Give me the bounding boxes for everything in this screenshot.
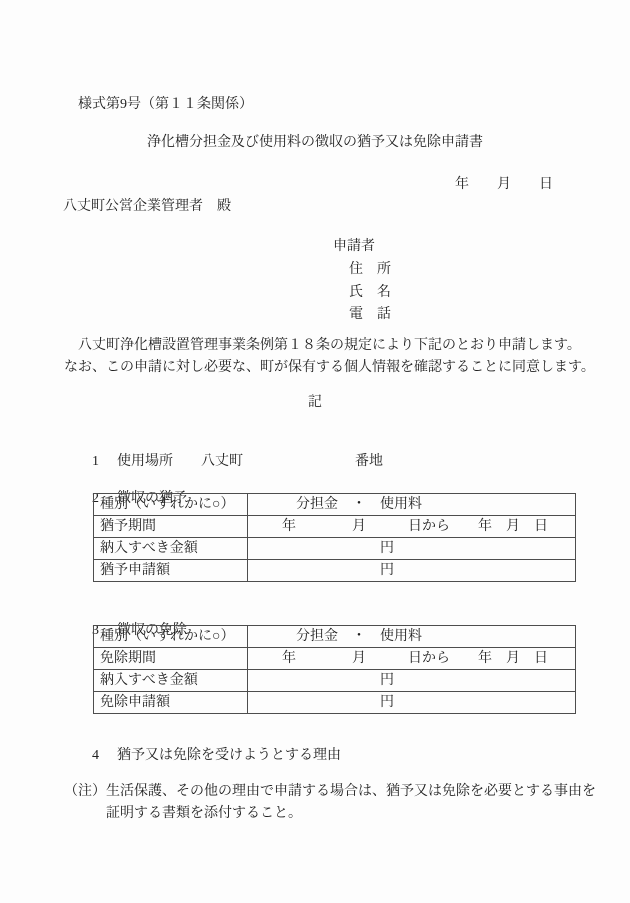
reason-heading: 4猶予又は免除を受けようとする理由 — [78, 732, 341, 780]
table-row: 猶予申請額 円 — [94, 560, 576, 582]
deferment-period-value: 年 月 日から 年 月 日 — [248, 516, 576, 538]
deferment-requested-amount-label: 猶予申請額 — [94, 560, 248, 582]
note-line2: 証明する書類を添付すること。 — [64, 806, 302, 822]
item4-title: 猶予又は免除を受けようとする理由 — [117, 748, 341, 763]
exemption-period-value: 年 月 日から 年 月 日 — [248, 648, 576, 670]
intro-paragraph-line1: 八丈町浄化槽設置管理事業条例第１８条の規定により下記のとおり申請します。 — [64, 338, 581, 354]
exemption-amount-due-value: 円 — [248, 670, 576, 692]
deferment-amount-due-value: 円 — [248, 538, 576, 560]
deferment-type-label: 種別（いずれかに○） — [94, 494, 248, 516]
addressee: 八丈町公営企業管理者 殿 — [63, 199, 231, 215]
table-row: 免除期間 年 月 日から 年 月 日 — [94, 648, 576, 670]
deferment-requested-amount-value: 円 — [248, 560, 576, 582]
table-row: 納入すべき金額 円 — [94, 670, 576, 692]
item4-number: 4 — [92, 748, 99, 763]
applicant-phone-label: 電 話 — [349, 307, 391, 323]
deferment-period-label: 猶予期間 — [94, 516, 248, 538]
applicant-address-label: 住 所 — [349, 262, 391, 278]
record-marker: 記 — [0, 395, 630, 411]
table-row: 種別（いずれかに○） 分担金 ・ 使用料 — [94, 494, 576, 516]
item1-label: 使用場所 — [117, 454, 173, 469]
document-title: 浄化槽分担金及び使用料の徴収の猶予又は免除申請書 — [0, 135, 630, 151]
deferment-table: 種別（いずれかに○） 分担金 ・ 使用料 猶予期間 年 月 日から 年 月 日 … — [93, 493, 576, 582]
table-row: 種別（いずれかに○） 分担金 ・ 使用料 — [94, 626, 576, 648]
form-number: 様式第9号（第１１条関係） — [78, 97, 253, 113]
exemption-requested-amount-value: 円 — [248, 692, 576, 714]
exemption-type-label: 種別（いずれかに○） — [94, 626, 248, 648]
item1-number: 1 — [92, 454, 99, 469]
exemption-type-value: 分担金 ・ 使用料 — [248, 626, 576, 648]
item1-value: 八丈町 番地 — [201, 454, 383, 469]
intro-paragraph-line2: なお、この申請に対し必要な、町が保有する個人情報を確認することに同意します。 — [64, 360, 595, 376]
deferment-amount-due-label: 納入すべき金額 — [94, 538, 248, 560]
exemption-table: 種別（いずれかに○） 分担金 ・ 使用料 免除期間 年 月 日から 年 月 日 … — [93, 625, 576, 714]
table-row: 納入すべき金額 円 — [94, 538, 576, 560]
deferment-type-value: 分担金 ・ 使用料 — [248, 494, 576, 516]
exemption-period-label: 免除期間 — [94, 648, 248, 670]
exemption-requested-amount-label: 免除申請額 — [94, 692, 248, 714]
date-line: 年 月 日 — [455, 177, 553, 193]
applicant-heading: 申請者 — [333, 239, 375, 255]
applicant-name-label: 氏 名 — [349, 285, 391, 301]
table-row: 猶予期間 年 月 日から 年 月 日 — [94, 516, 576, 538]
note-line1: （注）生活保護、その他の理由で申請する場合は、猶予又は免除を必要とする事由を — [64, 784, 596, 800]
application-form-page: 様式第9号（第１１条関係） 浄化槽分担金及び使用料の徴収の猶予又は免除申請書 年… — [0, 0, 630, 903]
table-row: 免除申請額 円 — [94, 692, 576, 714]
exemption-amount-due-label: 納入すべき金額 — [94, 670, 248, 692]
